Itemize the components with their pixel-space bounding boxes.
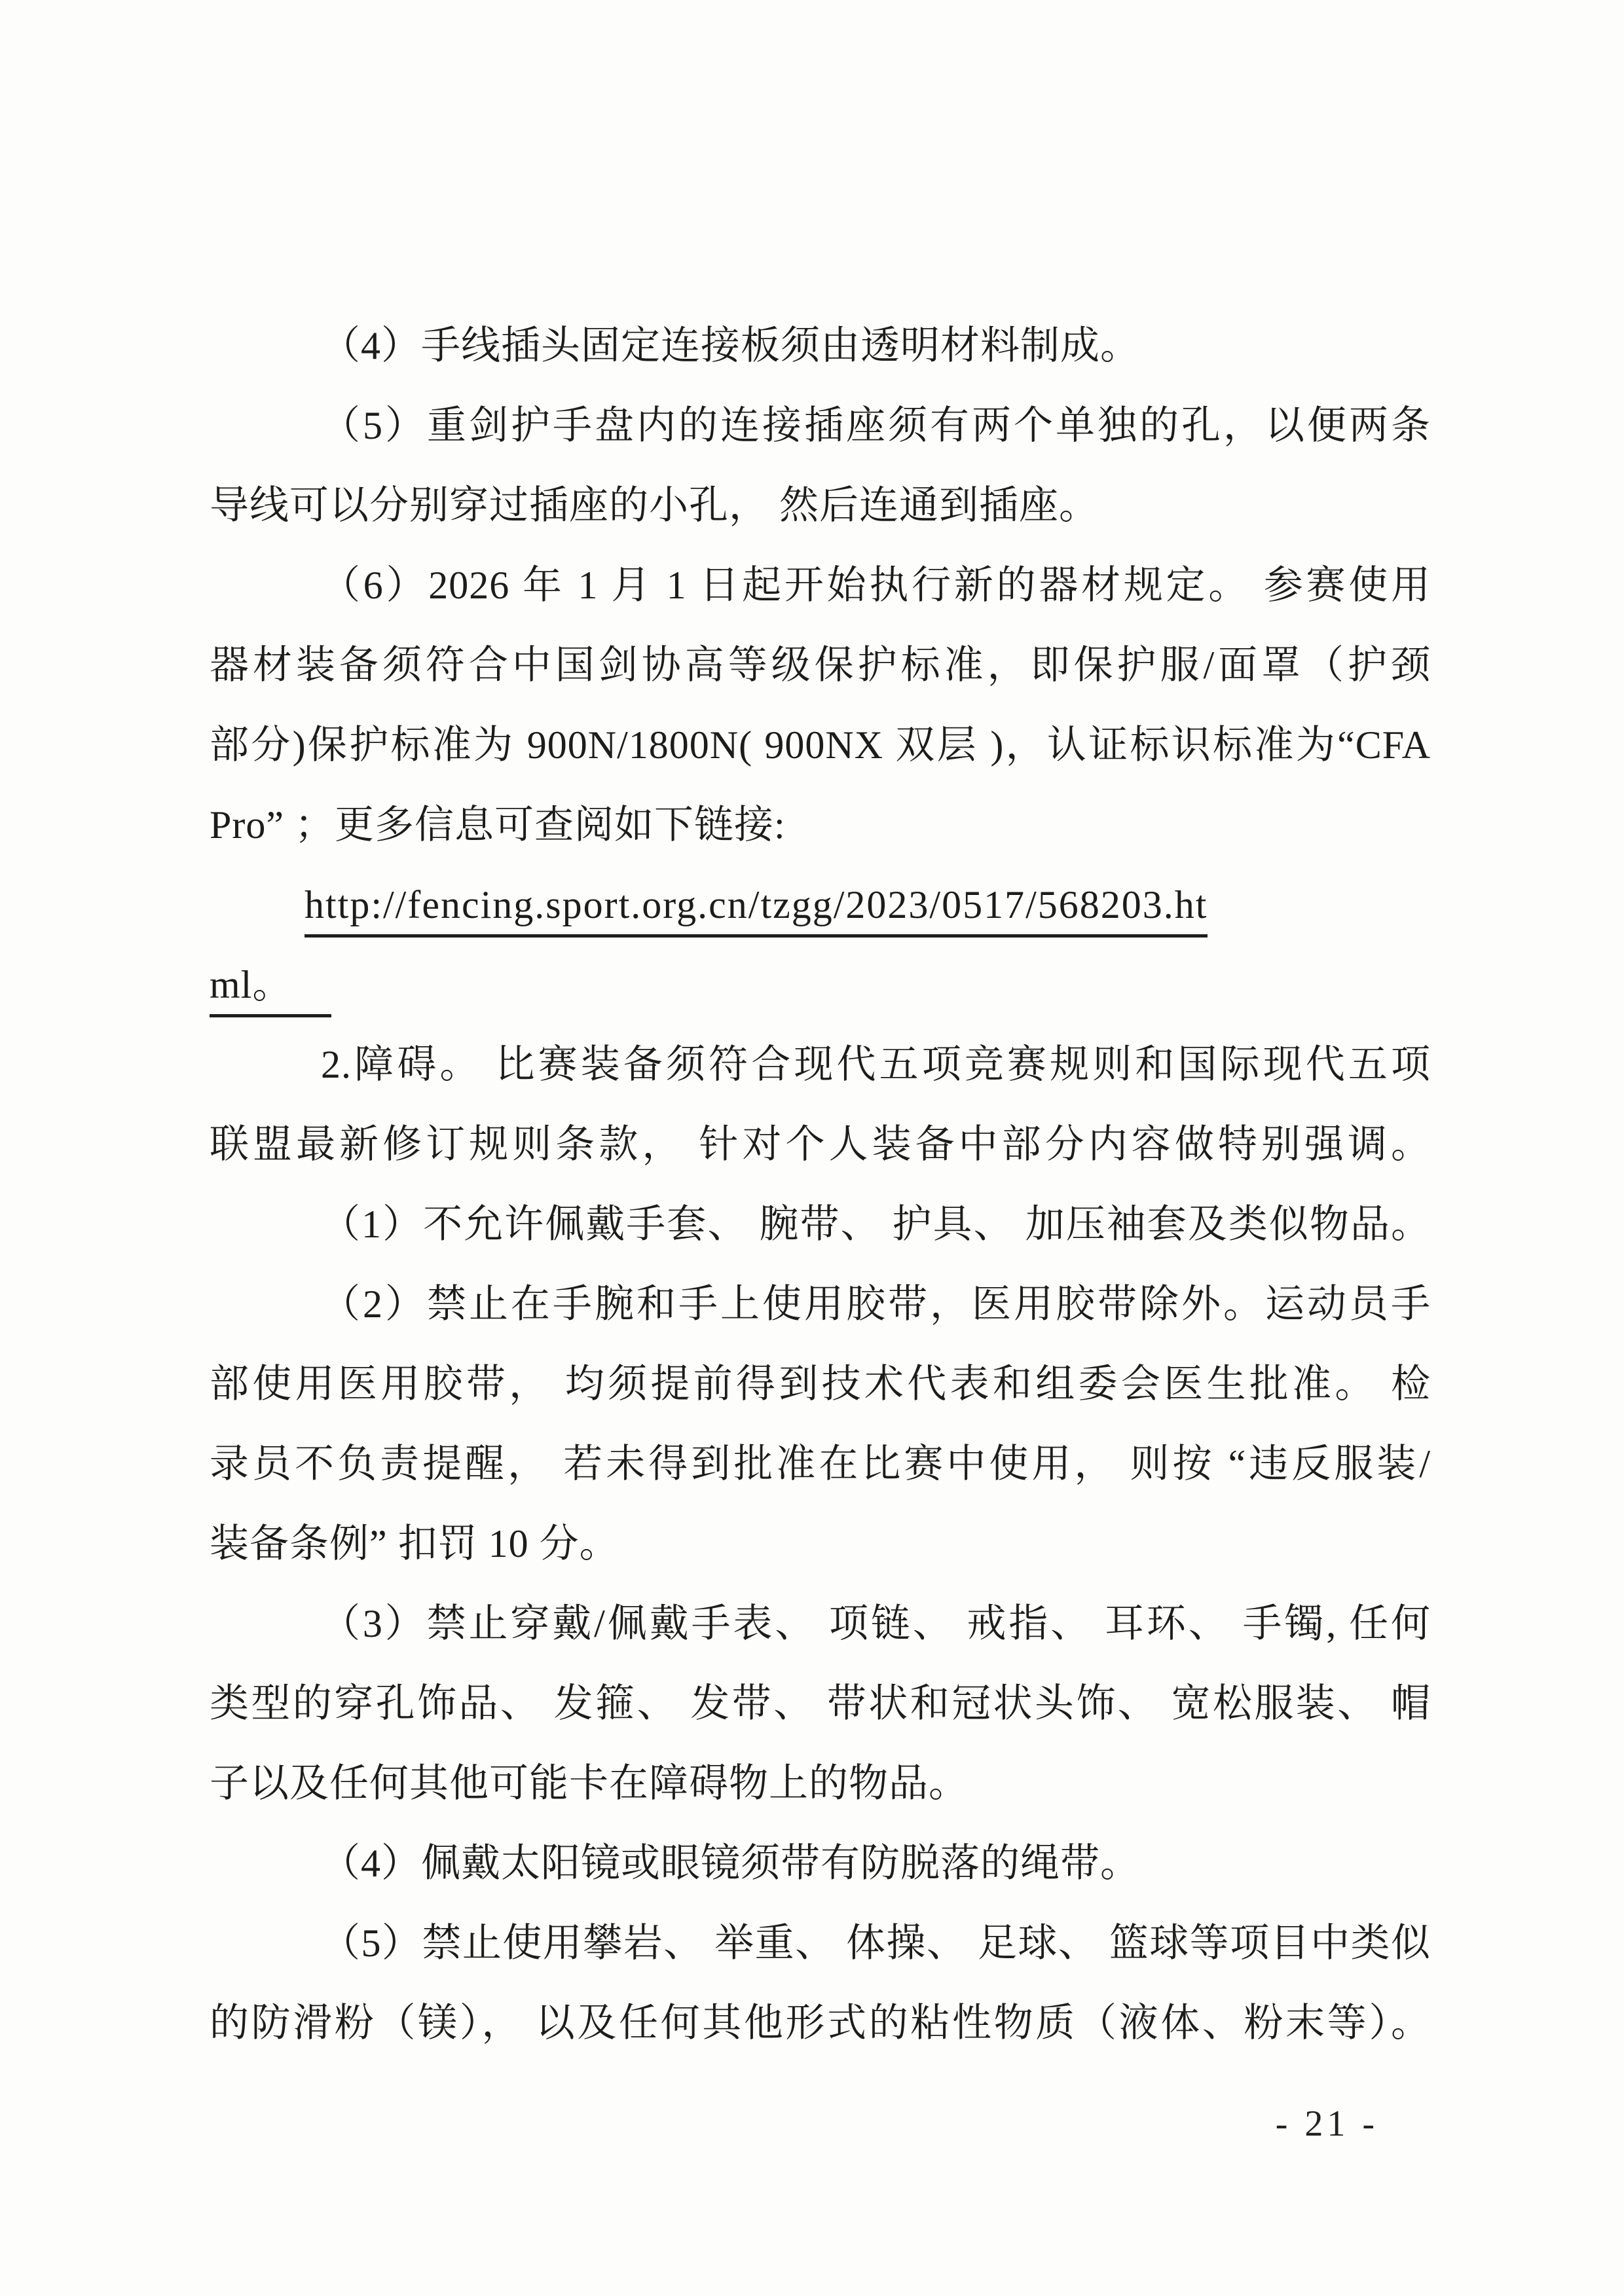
document-page: （4）手线插头固定连接板须由透明材料制成。 （5）重剑护手盘内的连接插座须有两个… [0, 0, 1624, 2296]
text-line: （4）佩戴太阳镜或眼镜须带有防脱落的绳带。 [210, 1823, 1431, 1903]
text-line: 录员不负责提醒， 若未得到批准在比赛中使用， 则按 “违反服装/ [210, 1424, 1431, 1504]
hyperlink-line[interactable]: http://fencing.sport.org.cn/tzgg/2023/05… [210, 865, 1431, 945]
hyperlink-line[interactable]: ml。 [210, 945, 1431, 1025]
text-line: 部使用医用胶带， 均须提前得到技术代表和组委会医生批准。 检 [210, 1344, 1431, 1424]
text-line: 部分)保护标准为 900N/1800N( 900NX 双层 )，认证标识标准为“… [210, 705, 1431, 785]
text-line: （1）不允许佩戴手套、 腕带、 护具、 加压袖套及类似物品。 [210, 1184, 1431, 1264]
text-line: Pro” ；更多信息可查阅如下链接: [210, 785, 1431, 865]
text-line: （5）禁止使用攀岩、 举重、 体操、 足球、 篮球等项目中类似 [210, 1903, 1431, 1983]
text-line: （2）禁止在手腕和手上使用胶带，医用胶带除外。运动员手 [210, 1264, 1431, 1344]
text-line: （6）2026 年 1 月 1 日起开始执行新的器材规定。 参赛使用 [210, 545, 1431, 625]
text-line: 2.障碍。 比赛装备须符合现代五项竞赛规则和国际现代五项 [210, 1025, 1431, 1104]
page-number: - 21 - [210, 2101, 1431, 2147]
text-line: 装备条例” 扣罚 10 分。 [210, 1504, 1431, 1584]
text-line: （5）重剑护手盘内的连接插座须有两个单独的孔，以便两条 [210, 386, 1431, 465]
text-line: 导线可以分别穿过插座的小孔， 然后连通到插座。 [210, 465, 1431, 545]
text-line: 器材装备须符合中国剑协高等级保护标准，即保护服/面罩（护颈 [210, 625, 1431, 705]
text-line: （4）手线插头固定连接板须由透明材料制成。 [210, 306, 1431, 386]
text-line: 类型的穿孔饰品、 发箍、 发带、 带状和冠状头饰、 宽松服装、 帽 [210, 1664, 1431, 1743]
text-line: 子以及任何其他可能卡在障碍物上的物品。 [210, 1743, 1431, 1823]
text-line: （3）禁止穿戴/佩戴手表、 项链、 戒指、 耳环、 手镯, 任何 [210, 1584, 1431, 1664]
document-body: （4）手线插头固定连接板须由透明材料制成。 （5）重剑护手盘内的连接插座须有两个… [210, 306, 1431, 2147]
text-line: 的防滑粉（镁）， 以及任何其他形式的粘性物质（液体、粉末等）。 [210, 1983, 1431, 2063]
text-line: 联盟最新修订规则条款， 针对个人装备中部分内容做特别强调。 [210, 1104, 1431, 1184]
